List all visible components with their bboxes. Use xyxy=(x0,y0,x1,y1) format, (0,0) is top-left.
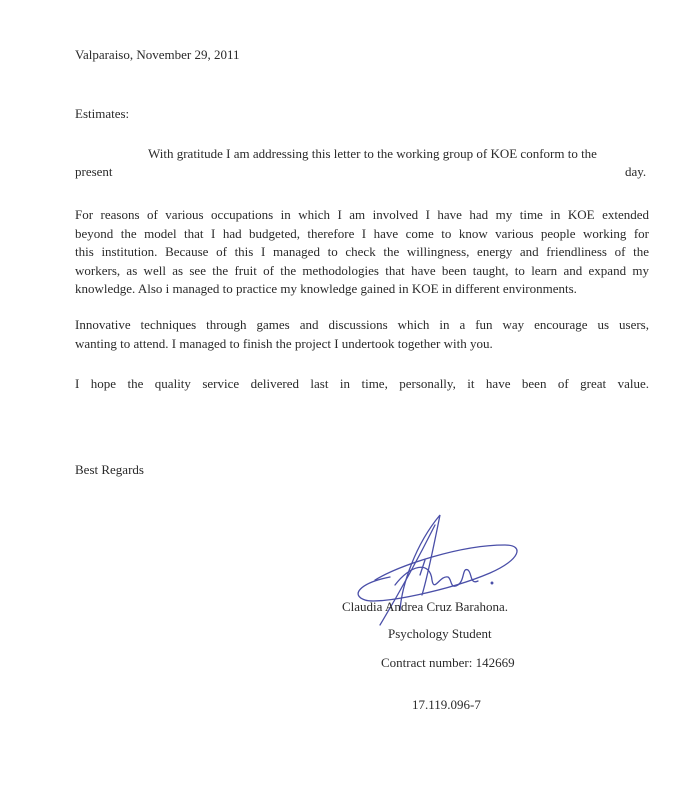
paragraph-1-line: this institution. Because of this I mana… xyxy=(75,243,649,262)
paragraph-1-line: knowledge. Also i managed to practice my… xyxy=(75,280,649,299)
paragraph-2-line: wanting to attend. I managed to finish t… xyxy=(75,335,649,354)
closing: Best Regards xyxy=(75,462,144,478)
intro-line-2-left: present xyxy=(75,164,113,180)
signer-name: Claudia Andrea Cruz Barahona. xyxy=(342,599,508,615)
paragraph-2-line: Innovative techniques through games and … xyxy=(75,316,649,335)
paragraph-3: I hope the quality service delivered las… xyxy=(75,375,649,394)
intro-line-2-right: day. xyxy=(625,164,646,180)
paragraph-1-line: beyond the model that I had budgeted, th… xyxy=(75,225,649,244)
paragraph-3-line: I hope the quality service delivered las… xyxy=(75,375,649,394)
place-date: Valparaiso, November 29, 2011 xyxy=(75,47,240,63)
id-number: 17.119.096-7 xyxy=(412,697,481,713)
paragraph-2: Innovative techniques through games and … xyxy=(75,316,649,353)
paragraph-1: For reasons of various occupations in wh… xyxy=(75,206,649,299)
paragraph-1-line: For reasons of various occupations in wh… xyxy=(75,206,649,225)
salutation: Estimates: xyxy=(75,106,129,122)
paragraph-1-line: workers, as well as see the fruit of the… xyxy=(75,262,649,281)
intro-line-1: With gratitude I am addressing this lett… xyxy=(148,146,597,162)
contract-number: Contract number: 142669 xyxy=(381,655,515,671)
signer-title: Psychology Student xyxy=(388,626,492,642)
